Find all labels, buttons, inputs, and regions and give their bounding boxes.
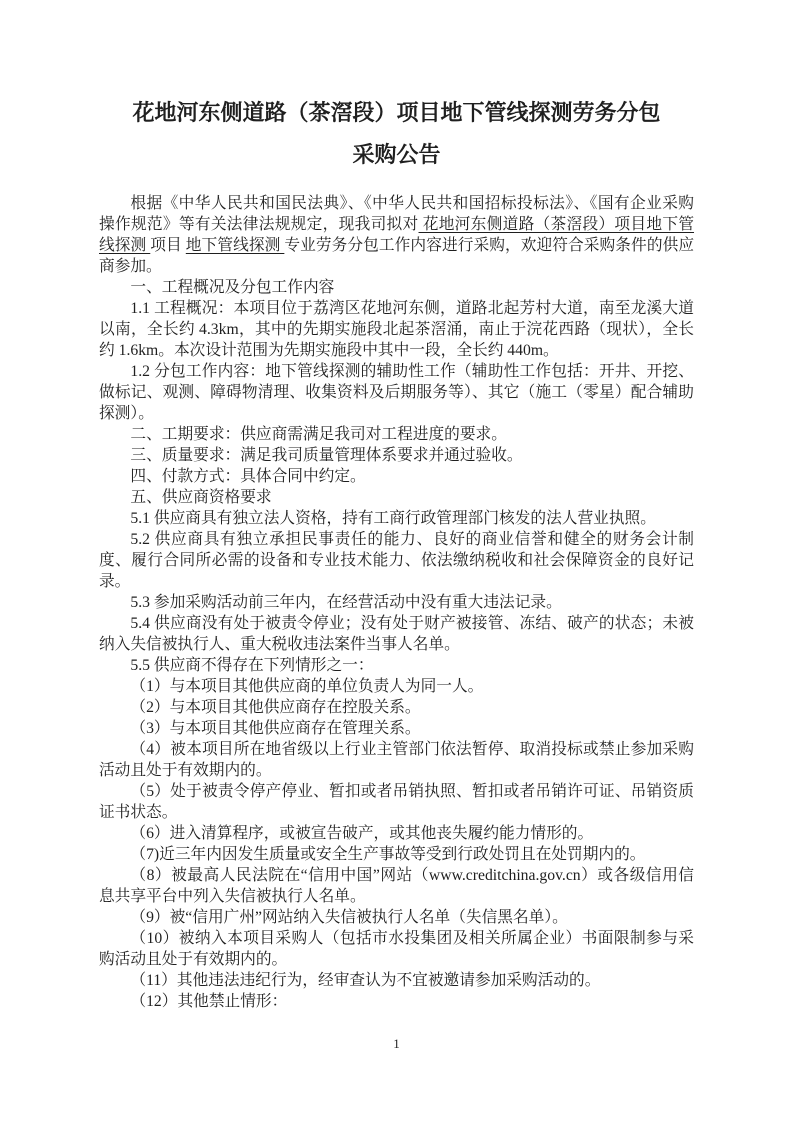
paragraph: 1.2 分包工作内容：地下管线探测的辅助性工作（辅助性工作包括：开井、开挖、做标… (99, 361, 694, 424)
text-run: （1）与本项目其他供应商的单位负责人为同一人。 (130, 678, 483, 695)
paragraph: 5.2 供应商具有独立承担民事责任的能力、良好的商业信誉和健全的财务会计制度、履… (99, 529, 694, 592)
paragraph: （10）被纳入本项目采购人（包括市水投集团及相关所属企业）书面限制参与采购活动且… (99, 928, 694, 970)
text-run: （7)近三年内因发生质量或安全生产事故等受到行政处罚且在处罚期内的。 (130, 846, 645, 863)
paragraph: （8）被最高人民法院在“信用中国”网站（www.creditchina.gov.… (99, 865, 694, 907)
paragraph: （1）与本项目其他供应商的单位负责人为同一人。 (99, 676, 694, 697)
text-run: 5.3 参加采购活动前三年内，在经营活动中没有重大违法记录。 (130, 594, 561, 611)
document-title-line-2: 采购公告 (0, 134, 793, 176)
paragraph: （7)近三年内因发生质量或安全生产事故等受到行政处罚且在处罚期内的。 (99, 844, 694, 865)
paragraph: （9）被“信用广州”网站纳入失信被执行人名单（失信黑名单）。 (99, 907, 694, 928)
paragraph: 根据《中华人民共和国民法典》、《中华人民共和国招标投标法》、《国有企业采购操作规… (99, 193, 694, 277)
text-run: （12）其他禁止情形： (130, 993, 287, 1010)
text-run: （11）其他违法违纪行为，经审查认为不宜被邀请参加采购活动的。 (130, 972, 600, 989)
paragraph: 5.4 供应商没有处于被责令停业；没有处于财产被接管、冻结、破产的状态；未被纳入… (99, 613, 694, 655)
paragraph: 一、工程概况及分包工作内容 (99, 277, 694, 298)
text-run: 5.1 供应商具有独立法人资格，持有工商行政管理部门核发的法人营业执照。 (130, 510, 656, 527)
document-body: 根据《中华人民共和国民法典》、《中华人民共和国招标投标法》、《国有企业采购操作规… (99, 193, 694, 1012)
text-run: （6）进入清算程序，或被宣告破产，或其他丧失履约能力情形的。 (130, 825, 593, 842)
text-run: （9）被“信用广州”网站纳入失信被执行人名单（失信黑名单）。 (130, 909, 567, 926)
document-title: 花地河东侧道路（茶滘段）项目地下管线探测劳务分包 采购公告 (0, 0, 793, 176)
text-run: 一、工程概况及分包工作内容 (130, 279, 334, 296)
text-run: 1.1 工程概况：本项目位于荔湾区花地河东侧，道路北起芳村大道，南至龙溪大道以南… (99, 300, 694, 359)
paragraph: 二、工期要求：供应商需满足我司对工程进度的要求。 (99, 424, 694, 445)
text-run: 二、工期要求：供应商需满足我司对工程进度的要求。 (130, 426, 507, 443)
text-run: 1.2 分包工作内容：地下管线探测的辅助性工作（辅助性工作包括：开井、开挖、做标… (99, 363, 694, 422)
text-run: （3）与本项目其他供应商存在管理关系。 (130, 720, 420, 737)
paragraph: （3）与本项目其他供应商存在管理关系。 (99, 718, 694, 739)
paragraph: 5.3 参加采购活动前三年内，在经营活动中没有重大违法记录。 (99, 592, 694, 613)
text-run: 5.2 供应商具有独立承担民事责任的能力、良好的商业信誉和健全的财务会计制度、履… (99, 531, 694, 590)
underlined-text: 地下管线探测 (186, 237, 285, 254)
text-run: 四、付款方式：具体合同中约定。 (130, 468, 365, 485)
text-run: 项目 (150, 237, 186, 254)
paragraph: 1.1 工程概况：本项目位于荔湾区花地河东侧，道路北起芳村大道，南至龙溪大道以南… (99, 298, 694, 361)
text-run: 5.5 供应商不得存在下列情形之一： (130, 657, 373, 674)
paragraph: （11）其他违法违纪行为，经审查认为不宜被邀请参加采购活动的。 (99, 970, 694, 991)
text-run: 三、质量要求：满足我司质量管理体系要求并通过验收。 (130, 447, 522, 464)
paragraph: （5）处于被责令停产停业、暂扣或者吊销执照、暂扣或者吊销许可证、吊销资质证书状态… (99, 781, 694, 823)
paragraph: （2）与本项目其他供应商存在控股关系。 (99, 697, 694, 718)
paragraph: （12）其他禁止情形： (99, 991, 694, 1012)
text-run: 五、供应商资格要求 (130, 489, 271, 506)
paragraph: 四、付款方式：具体合同中约定。 (99, 466, 694, 487)
page-number: 1 (0, 1035, 793, 1053)
document-page: 花地河东侧道路（茶滘段）项目地下管线探测劳务分包 采购公告 根据《中华人民共和国… (0, 0, 793, 1122)
paragraph: 5.1 供应商具有独立法人资格，持有工商行政管理部门核发的法人营业执照。 (99, 508, 694, 529)
paragraph: （6）进入清算程序，或被宣告破产，或其他丧失履约能力情形的。 (99, 823, 694, 844)
text-run: （5）处于被责令停产停业、暂扣或者吊销执照、暂扣或者吊销许可证、吊销资质证书状态… (99, 783, 694, 821)
paragraph: （4）被本项目所在地省级以上行业主管部门依法暂停、取消投标或禁止参加采购活动且处… (99, 739, 694, 781)
paragraph: 5.5 供应商不得存在下列情形之一： (99, 655, 694, 676)
text-run: 5.4 供应商没有处于被责令停业；没有处于财产被接管、冻结、破产的状态；未被纳入… (99, 615, 694, 653)
paragraph: 五、供应商资格要求 (99, 487, 694, 508)
paragraph: 三、质量要求：满足我司质量管理体系要求并通过验收。 (99, 445, 694, 466)
text-run: （8）被最高人民法院在“信用中国”网站（www.creditchina.gov.… (99, 867, 694, 905)
text-run: （4）被本项目所在地省级以上行业主管部门依法暂停、取消投标或禁止参加采购活动且处… (99, 741, 694, 779)
document-title-line-1: 花地河东侧道路（茶滘段）项目地下管线探测劳务分包 (0, 92, 793, 134)
text-run: （10）被纳入本项目采购人（包括市水投集团及相关所属企业）书面限制参与采购活动且… (99, 930, 694, 968)
text-run: （2）与本项目其他供应商存在控股关系。 (130, 699, 420, 716)
